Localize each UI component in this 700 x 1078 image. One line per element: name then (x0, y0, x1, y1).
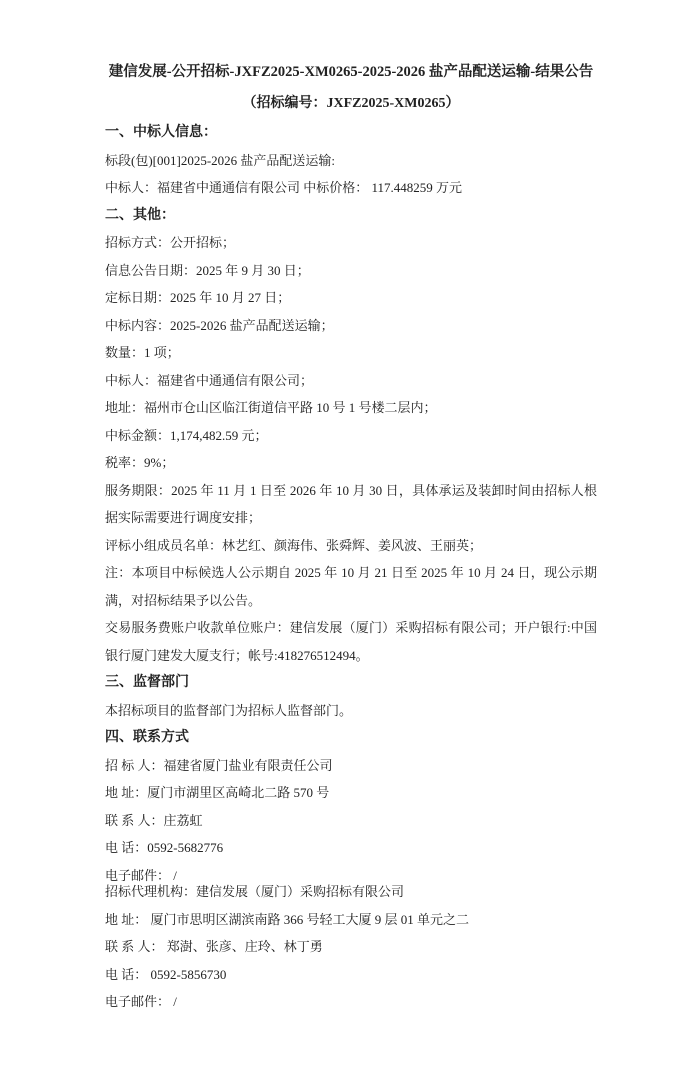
line-agency-contact-persons: 联 系 人： 郑澍、张彦、庄玲、林丁勇 (105, 933, 597, 961)
line-bid-section: 标段(包)[001]2025-2026 盐产品配送运输: (105, 147, 597, 175)
tender-number-subtitle: （招标编号：JXFZ2025-XM0265） (105, 88, 597, 119)
section-heading-contact: 四、联系方式 (105, 724, 597, 752)
line-award-date: 定标日期：2025 年 10 月 27 日； (105, 284, 597, 312)
line-announcement-date: 信息公告日期：2025 年 9 月 30 日； (105, 257, 597, 285)
line-tenderer-phone: 电 话：0592-5682776 (105, 834, 597, 862)
line-supervision-department: 本招标项目的监督部门为招标人监督部门。 (105, 697, 597, 725)
line-agency-name: 招标代理机构：建信发展（厦门）采购招标有限公司 (105, 878, 597, 906)
line-agency-address: 地 址： 厦门市思明区湖滨南路 366 号轻工大厦 9 层 01 单元之二 (105, 906, 597, 934)
line-award-amount: 中标金额：1,174,482.59 元； (105, 422, 597, 450)
section-heading-supervision: 三、监督部门 (105, 669, 597, 697)
line-tax-rate: 税率：9%； (105, 449, 597, 477)
line-service-period: 服务期限：2025 年 11 月 1 日至 2026 年 10 月 30 日，具… (105, 477, 597, 532)
line-agency-phone: 电 话： 0592-5856730 (105, 961, 597, 989)
section-heading-winner-info: 一、中标人信息： (105, 119, 597, 147)
line-evaluation-committee: 评标小组成员名单：林艺红、颜海伟、张舜辉、姜风波、王丽英； (105, 532, 597, 560)
line-publicity-note: 注：本项目中标候选人公示期自 2025 年 10 月 21 日至 2025 年 … (105, 559, 597, 614)
line-winner-address: 地址：福州市仓山区临江街道信平路 10 号 1 号楼二层内； (105, 394, 597, 422)
line-winner-name: 中标人：福建省中通通信有限公司； (105, 367, 597, 395)
line-award-content: 中标内容：2025-2026 盐产品配送运输； (105, 312, 597, 340)
line-tenderer-address: 地 址：厦门市湖里区高崎北二路 570 号 (105, 779, 597, 807)
page-title: 建信发展-公开招标-JXFZ2025-XM0265-2025-2026 盐产品配… (105, 56, 597, 88)
line-tenderer-name: 招 标 人：福建省厦门盐业有限责任公司 (105, 752, 597, 780)
line-agency-email: 电子邮件： / (105, 988, 597, 1016)
line-tender-method: 招标方式：公开招标； (105, 229, 597, 257)
announcement-document: 建信发展-公开招标-JXFZ2025-XM0265-2025-2026 盐产品配… (0, 0, 700, 1016)
line-winner-and-price: 中标人：福建省中通通信有限公司 中标价格： 117.448259 万元 (105, 174, 597, 202)
line-tenderer-contact-person: 联 系 人：庄荔虹 (105, 807, 597, 835)
section-heading-other: 二、其他： (105, 202, 597, 230)
line-quantity: 数量：1 项； (105, 339, 597, 367)
line-service-fee-account: 交易服务费账户收款单位账户：建信发展（厦门）采购招标有限公司；开户银行:中国银行… (105, 614, 597, 669)
